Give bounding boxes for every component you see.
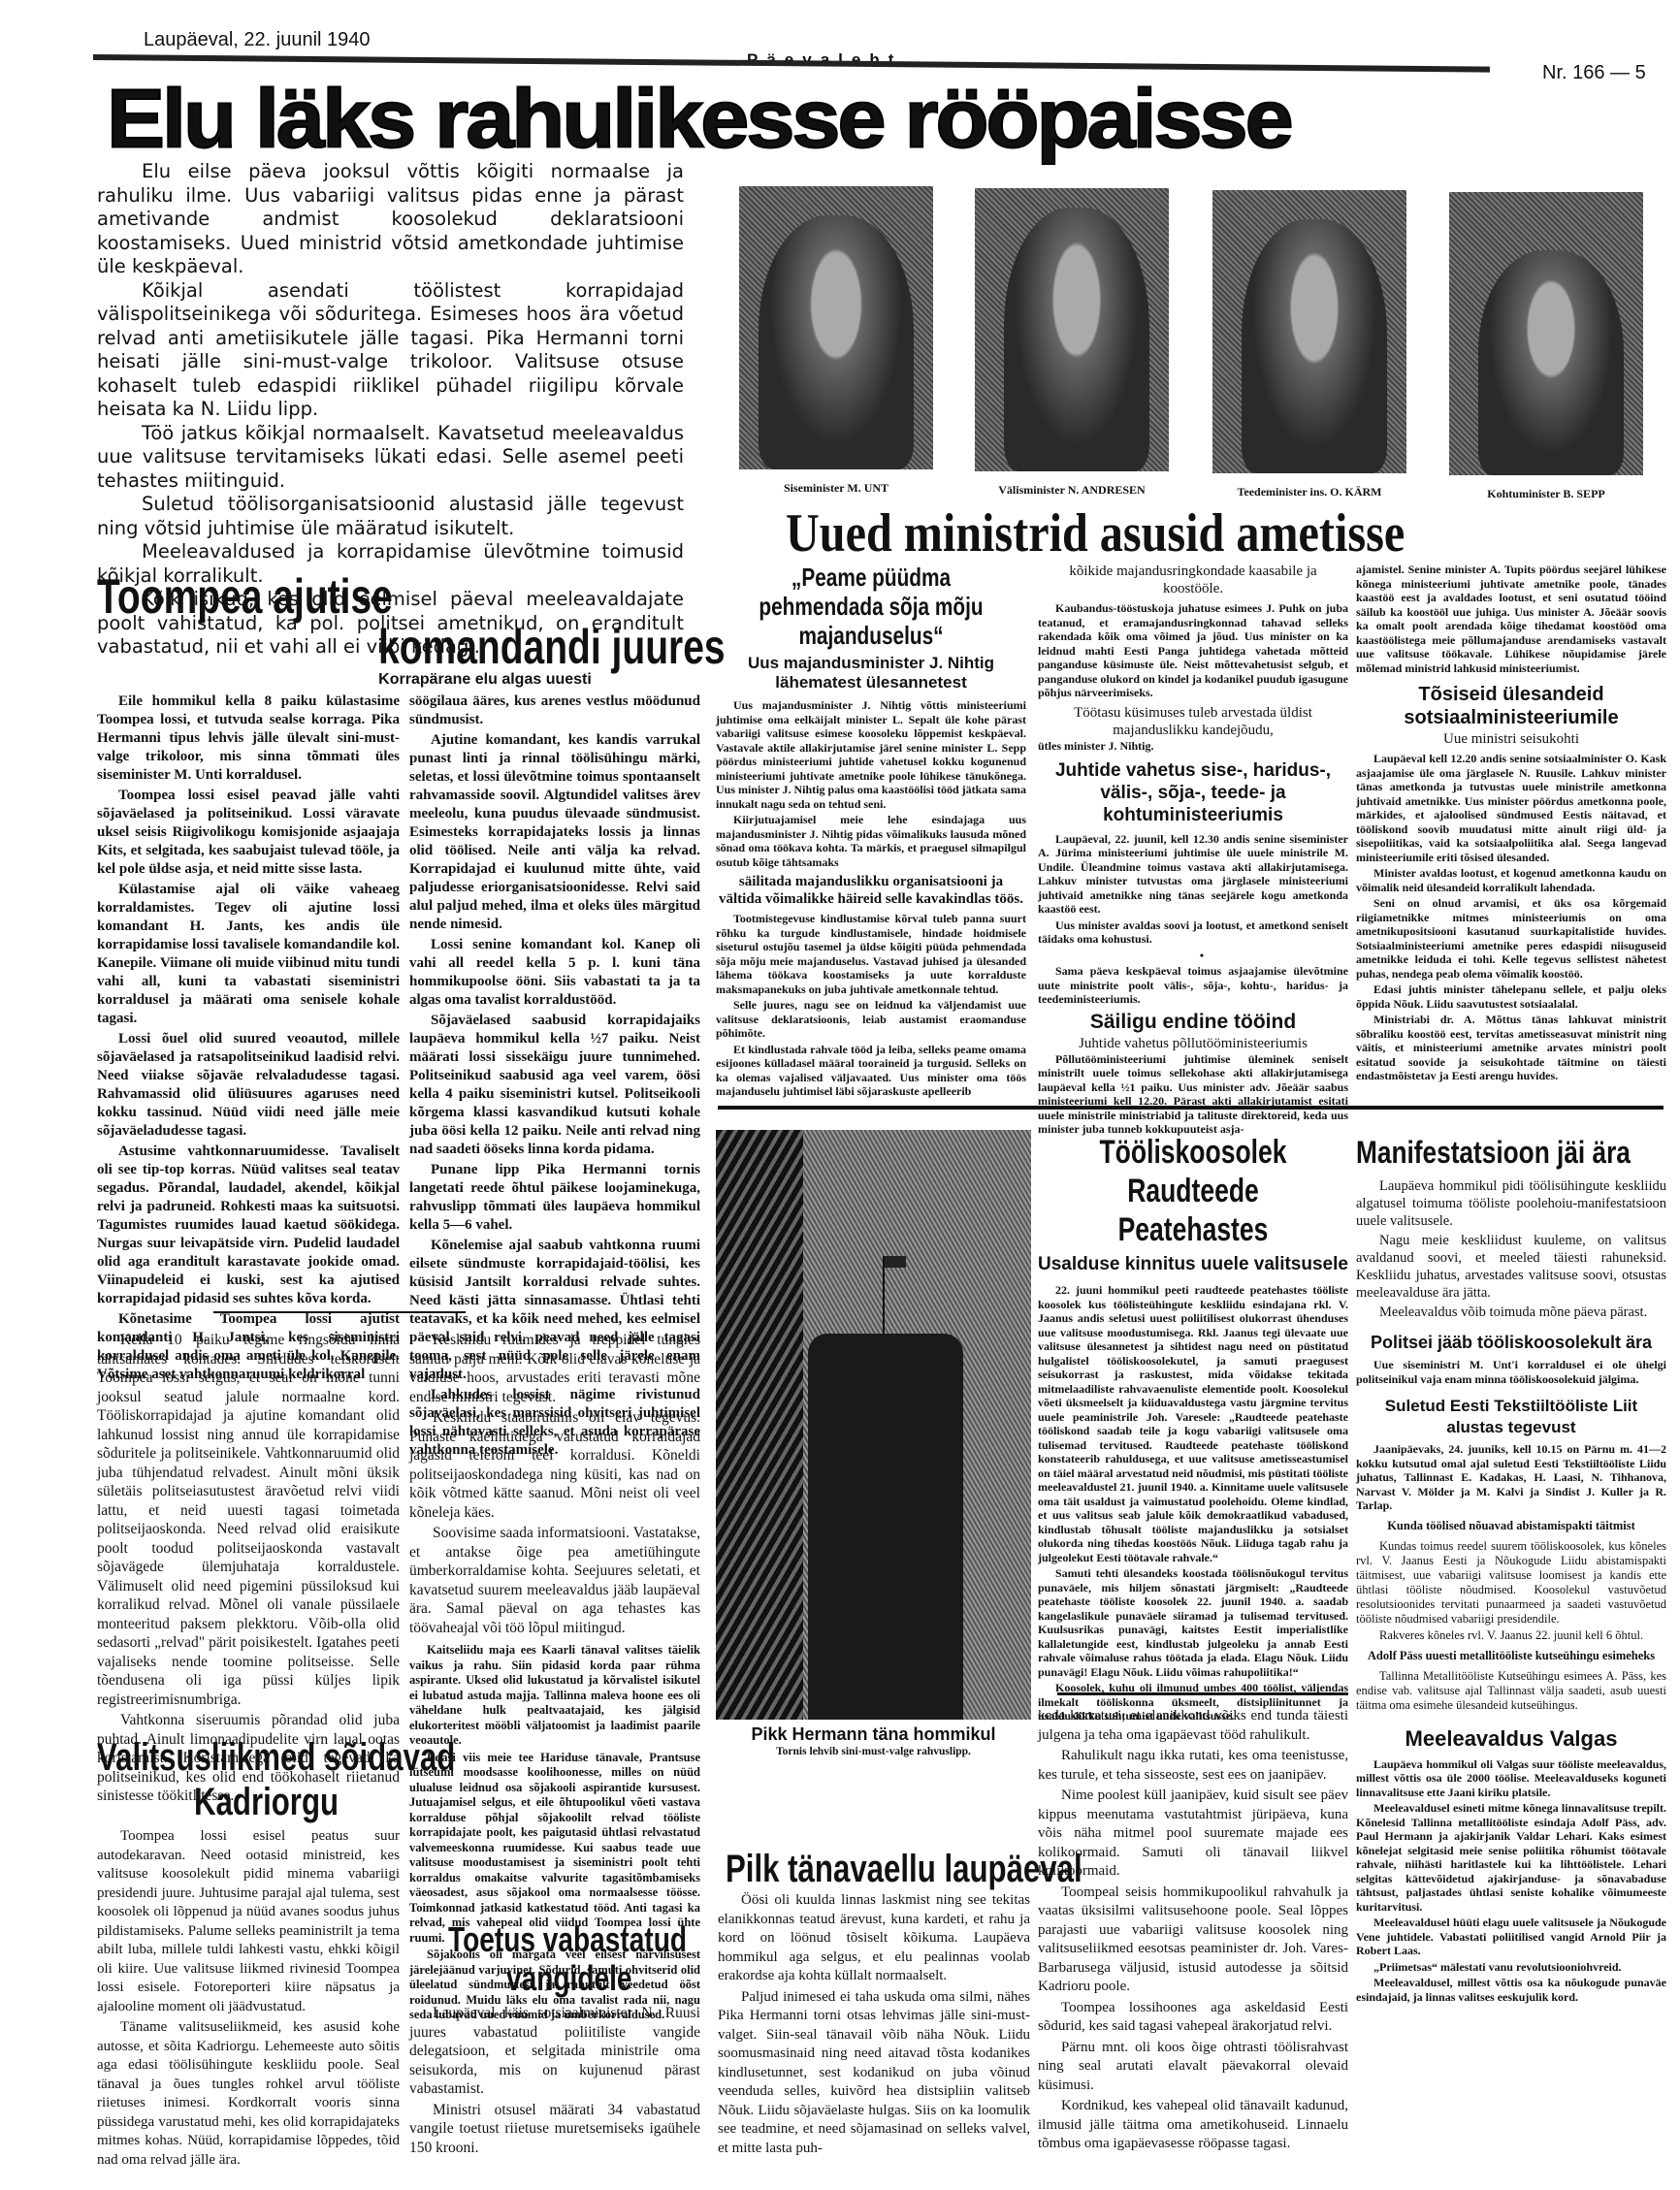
valitsusliikmed-body: Toompea lossi esisel peatus suur autodek… — [97, 1827, 400, 2172]
paragraph: Keskliidu ruumides ja treppidel tungles … — [409, 1331, 700, 1406]
toetus-headline-1: Toetus vabastatud — [448, 1920, 687, 1959]
paragraph: Toompeal seisis hommikupoolikul rahvahul… — [1038, 1884, 1348, 1997]
toompea-col1: Eile hommikul kella 8 paiku külastasime … — [97, 692, 400, 1386]
paragraph: Jaanipäevaks, 24. juuniks, kell 10.15 on… — [1356, 1442, 1666, 1513]
portrait-photo-andresen — [975, 188, 1169, 471]
toompea-subheadline: Korrapärane elu algas uuesti — [97, 671, 698, 689]
portrait-photo-sepp — [1449, 192, 1643, 475]
paragraph: Uue siseministri M. Unt'i korraldusel ei… — [1356, 1358, 1666, 1386]
paragraph: Elu eilse päeva jooksul võttis kõigiti n… — [97, 160, 684, 279]
sailigu-subheadline: Juhtide vahetus põllutööministeeriumis — [1038, 1036, 1348, 1052]
paragraph: Kaitseliidu maja ees Kaarli tänaval vali… — [409, 1643, 700, 1749]
tower-shape — [808, 1334, 963, 1720]
right-bottom-column: Manifestatsioon jäi ära Laupäeva hommiku… — [1356, 1133, 1666, 2006]
paragraph: Külastamise ajal oli väike vaheaeg korra… — [97, 881, 400, 1028]
portrait-photo-karm — [1212, 190, 1406, 473]
paragraph: keda korratusi, et elanikkond võiks end … — [1038, 1707, 1348, 1745]
middle-column: kõikide majandusringkondade kaasabile ja… — [1038, 563, 1348, 1139]
pikk-hermann-photo — [716, 1130, 1031, 1720]
wage-attribution: ütles minister J. Nihtig. — [1038, 739, 1348, 754]
paragraph: Paljud inimesed ei taha uskuda oma silmi… — [718, 1988, 1030, 2159]
portrait-caption: Teedeminister ins. O. KÄRM — [1212, 485, 1406, 499]
paragraph: Punane lipp Pika Hermanni tornis langeta… — [409, 1161, 700, 1235]
paragraph: Toompea lossihoones aga askeldasid Eesti… — [1038, 1999, 1348, 2037]
paragraph: Lossi senine komandant kol. Kanep oli va… — [409, 936, 700, 1010]
juhtide-headline: Juhtide vahetus sise-, haridus-, välis-,… — [1038, 759, 1348, 826]
masthead-date: Laupäeval, 22. juunil 1940 — [144, 29, 371, 51]
paragraph: Lossi õuel olid suured veoautod, millele… — [97, 1030, 400, 1141]
paragraph: Edasi juhtis minister tähelepanu sellele… — [1356, 982, 1666, 1011]
portrait-caption: Välisminister N. ANDRESEN — [975, 483, 1169, 498]
manifestatsioon-headline: Manifestatsioon jäi ära — [1356, 1133, 1610, 1172]
cooperation-emphasis: kõikide majandusringkondade kaasabile ja… — [1038, 563, 1348, 597]
photo-caption-sub: Tornis lehvib sini-must-valge rahvuslipp… — [716, 1746, 1031, 1757]
valitsusliikmed-headline-1: Valitsusliikmed sõidavad — [97, 1736, 455, 1779]
paragraph: Minister avaldas lootust, et kogenud ame… — [1356, 866, 1666, 894]
paragraph: Meeleavaldusel esineti mitme kõnega linn… — [1356, 1801, 1666, 1914]
portrait-caption: Siseminister M. UNT — [739, 481, 933, 496]
pilk-headline: Pilk tänavaellu laupäeval — [726, 1848, 1082, 1890]
paragraph: Tootmistegevuse kindlustamise kõrval tul… — [716, 912, 1026, 996]
valitsusliikmed-headline-2: Kadriorgu — [194, 1781, 339, 1823]
paragraph: Selle juures, nagu see on leidnud ka väl… — [716, 998, 1026, 1041]
portrait-caption: Kohtuminister B. SEPP — [1449, 487, 1643, 501]
paragraph: „Priimetsas“ mälestati vanu revolutsioon… — [1356, 1960, 1666, 1975]
divider — [1057, 1692, 1348, 1695]
portrait-photo-unt — [739, 186, 933, 469]
paragraph: 22. juuni hommikul peeti raudteede peate… — [1038, 1283, 1348, 1564]
tree-foliage — [716, 1130, 803, 1720]
paragraph: ajamistel. Senine minister A. Tupits pöö… — [1356, 563, 1666, 675]
pilk-col1: Öösi oli kuulda linnas laskmist ning see… — [718, 1891, 1030, 2160]
paragraph: Suletud töölisorganisatsioonid alustasid… — [97, 493, 684, 540]
paragraph: Põllutööministeeriumi juhtimise üleminek… — [1038, 1052, 1348, 1137]
bullet-separator: • — [1038, 949, 1348, 963]
paragraph: Seni on olnud arvamisi, et üks osa kõrge… — [1356, 896, 1666, 981]
paragraph: Täname valitsuseliikmeid, kes asusid koh… — [97, 2018, 400, 2170]
paragraph: Et kindlustada rahvale tööd ja leiba, se… — [716, 1043, 1026, 1099]
sots-subheadline: Uue ministri seisukohti — [1356, 731, 1666, 748]
paragraph: Laupäeva hommikul pidi töölisühingute ke… — [1356, 1177, 1666, 1230]
sots-headline: Tõsiseid ülesandeid sotsiaalministeerium… — [1356, 683, 1666, 729]
paragraph: Ministriabi dr. A. Mõttus tänas lahkuvat… — [1356, 1013, 1666, 1083]
paragraph: Töö jatkus kõikjal normaalselt. Kavatset… — [97, 422, 684, 494]
photo-caption-title: Pikk Hermann täna hommikul — [716, 1724, 1031, 1745]
nihtig-emphasis: säilitada majanduslikku organisatsiooni … — [716, 873, 1026, 908]
paragraph: Astusime vahtkonnaruumidesse. Tavaliselt… — [97, 1143, 400, 1308]
paragraph: Kaubandus-tööstuskoja juhatuse esimees J… — [1038, 601, 1348, 700]
paragraph: Nime poolest küll jaanipäev, kuid sisult… — [1038, 1787, 1348, 1882]
tekstiil-headline: Suletud Eesti Tekstiiltööliste Liit alus… — [1356, 1396, 1666, 1438]
pilk-col2: keda korratusi, et elanikkond võiks end … — [1038, 1707, 1348, 2156]
toompea-headline-2: komandandi juures — [378, 621, 726, 674]
paragraph: Soovisime saada informatsiooni. Vastatak… — [409, 1524, 700, 1637]
paragraph: Kella 10 paiku tegime ringsõidu linna tä… — [97, 1331, 400, 1709]
paragraph: Keskliidu staabiruumis oli elav tegevus.… — [409, 1408, 700, 1522]
paragraph: Rakveres kõneles rvl. V. Jaanus 22. juun… — [1356, 1628, 1666, 1643]
paragraph: Laupäeval, 22. juunil, kell 12.30 andis … — [1038, 832, 1348, 917]
portrait-figure — [759, 215, 914, 469]
tooliskoosolek-subheadline: Usalduse kinnitus uuele valitsusele — [1038, 1253, 1348, 1275]
paragraph: Kordnikud, kes vahepeal olid tänavailt k… — [1038, 2097, 1348, 2154]
nihtig-headline: „Peame püüdma pehmendada sõja mõju majan… — [747, 563, 995, 650]
paragraph: Rahulikult nagu ikka rutati, kes oma tee… — [1038, 1747, 1348, 1785]
paragraph: Öösi oli kuulda linnas laskmist ning see… — [718, 1891, 1030, 1986]
paragraph: Nagu meie keskliidust kuuleme, on valits… — [1356, 1232, 1666, 1302]
paragraph: Laupäeval kell 12.20 andis senine sotsia… — [1356, 752, 1666, 864]
section-divider — [718, 1106, 1664, 1110]
paragraph: Pärnu mnt. oli koos õige ohtrasti töölis… — [1038, 2039, 1348, 2096]
valga-headline: Meeleavaldus Valgas — [1356, 1726, 1666, 1752]
paragraph: Eile hommikul kella 8 paiku külastasime … — [97, 692, 400, 785]
paragraph: Tallinna Metallitööliste Kutseühingu esi… — [1356, 1669, 1666, 1713]
politsei-headline: Politsei jääb tööliskoosolekult ära — [1356, 1331, 1666, 1354]
paragraph: Kiirjutuajamisel meie lehe esindajaga uu… — [716, 813, 1026, 869]
paragraph: Meeleavaldus võib toimuda mõne päeva pär… — [1356, 1304, 1666, 1321]
paragraph: Toompea lossi esisel peatus suur autodek… — [97, 1827, 400, 2016]
nihtig-subheadline: Uus majandusminister J. Nihtig lähemates… — [716, 654, 1026, 692]
flag-icon — [885, 1256, 906, 1268]
kunda-subheadline: Kunda töölised nõuavad abistamispakti tä… — [1356, 1519, 1666, 1533]
toetus-headline-2: vangidele — [506, 1959, 632, 1998]
paragraph: Toompea lossi esisel peavad jälle vahti … — [97, 787, 400, 879]
toetus-body: Laupäeval käis sotsiaalminister N. Ruusi… — [409, 2004, 700, 2159]
paragraph: Uus majandusminister J. Nihtig võttis mi… — [716, 698, 1026, 811]
paragraph: Kundas toimus reedel suurem tööliskoosol… — [1356, 1539, 1666, 1626]
paragraph: Sama päeva keskpäeval toimus asjaajamise… — [1038, 964, 1348, 1007]
sailigu-headline: Säiligu endine tööind — [1038, 1011, 1348, 1034]
divider — [213, 1311, 466, 1313]
tooliskoosolek-headline: Tööliskoosolek Raudteede Peatehastes — [1072, 1133, 1314, 1249]
paragraph: söögilaua ääres, kus arenes vestlus mööd… — [409, 692, 700, 729]
flagpole — [883, 1256, 885, 1334]
pass-subheadline: Adolf Päss uuesti metallitööliste kutseü… — [1356, 1649, 1666, 1663]
main-headline: Elu läks rahulikesse rööpaisse — [107, 78, 1680, 161]
nihtig-article: „Peame püüdma pehmendada sõja mõju majan… — [716, 563, 1026, 1101]
paragraph: Edasi viis meie tee Hariduse tänavale, P… — [409, 1751, 700, 1947]
right-column: ajamistel. Senine minister A. Tupits pöö… — [1356, 563, 1666, 1085]
wage-emphasis: Töötasu küsimuses tuleb arvestada üldist… — [1038, 704, 1348, 739]
paragraph: Laupäeval käis sotsiaalminister N. Ruusi… — [409, 2004, 700, 2099]
paragraph: Ajutine komandant, kes kandis varrukal p… — [409, 731, 700, 934]
portrait-figure — [1004, 208, 1149, 471]
paragraph: Uus minister avaldas soovi ja lootust, e… — [1038, 918, 1348, 947]
paragraph: Sõjaväelased saabusid korrapidajaiks lau… — [409, 1012, 700, 1159]
tooliskoosolek-article: Tööliskoosolek Raudteede Peatehastes Usa… — [1038, 1133, 1348, 1725]
paragraph: Laupäeva hommikul oli Valgas suur töölis… — [1356, 1757, 1666, 1800]
paragraph: Samuti tehti ülesandeks koostada töölisn… — [1038, 1566, 1348, 1679]
paragraph: Kõikjal asendati töölistest korrapidajad… — [97, 279, 684, 422]
paragraph: Meeleavaldusel hüüti elagu uuele valitsu… — [1356, 1916, 1666, 1958]
toompea-headline-1: Toompea ajutise — [97, 570, 393, 624]
paragraph: Ministri otsusel määrati 34 vabastatud v… — [409, 2101, 700, 2158]
portrait-figure — [1242, 219, 1387, 473]
portrait-figure — [1478, 250, 1624, 475]
paragraph: Meeleavaldusel, millest võttis osa ka nõ… — [1356, 1976, 1666, 2004]
ministers-headline: Uued ministrid asusid ametisse — [786, 502, 1405, 564]
